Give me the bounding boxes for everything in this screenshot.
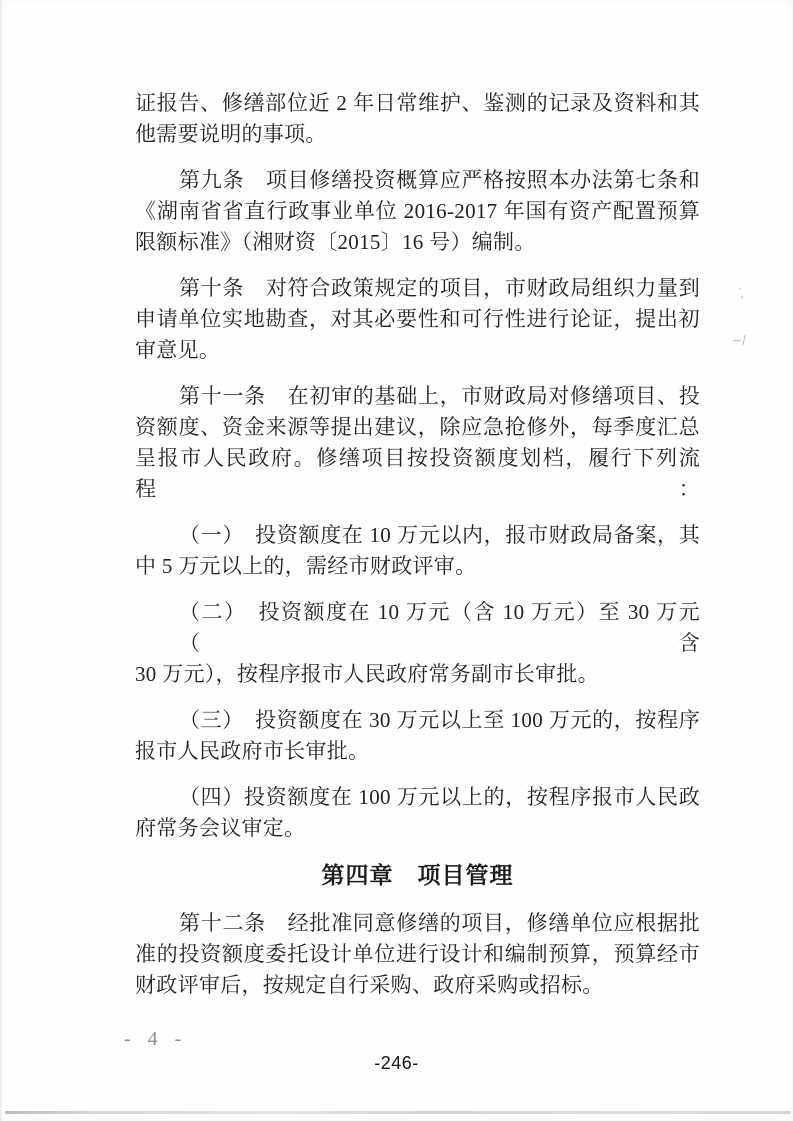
text-line: 呈报市人民政府。修缮项目按投资额度划档，履行下列流程： [135, 443, 700, 505]
article-11: 第十一条 在初审的基础上，市财政局对修缮项目、投资额度、资金来源等提出建议，除应… [135, 381, 700, 505]
item-2: （二） 投资额度在 10 万元（含 10 万元）至 30 万元（含30 万元），… [135, 597, 700, 690]
page-number-outer: -246- [0, 1053, 793, 1074]
text-line: 财政评审后，按规定自行采购、政府采购或招标。 [135, 970, 700, 1001]
document-body: 证报告、修缮部位近 2 年日常维护、鉴测的记录及资料和其他需要说明的事项。第九条… [135, 88, 700, 1016]
text-line: 申请单位实地勘查，对其必要性和可行性进行论证，提出初 [135, 304, 700, 335]
text-line: 中 5 万元以上的，需经市财政评审。 [135, 551, 700, 582]
article-12: 第十二条 经批准同意修缮的项目，修缮单位应根据批准的投资额度委托设计单位进行设计… [135, 908, 700, 1001]
item-1: （一） 投资额度在 10 万元以内，报市财政局备案，其中 5 万元以上的，需经市… [135, 520, 700, 582]
text-line: 府常务会议审定。 [135, 813, 700, 844]
text-line: 资额度、资金来源等提出建议，除应急抢修外，每季度汇总 [135, 412, 700, 443]
text-line: 限额标准》（湘财资〔2015〕16 号）编制。 [135, 227, 700, 258]
scan-artifact: ′, [737, 286, 746, 301]
text-line: 报市人民政府市长审批。 [135, 736, 700, 767]
page-number-inner: - 4 - [124, 1028, 187, 1051]
article-10: 第十条 对符合政策规定的项目，市财政局组织力量到申请单位实地勘查，对其必要性和可… [135, 273, 700, 366]
text-line: （二） 投资额度在 10 万元（含 10 万元）至 30 万元（含 [135, 597, 700, 659]
article-9: 第九条 项目修缮投资概算应严格按照本办法第七条和《湖南省省直行政事业单位 201… [135, 165, 700, 258]
scanned-document-page: 证报告、修缮部位近 2 年日常维护、鉴测的记录及资料和其他需要说明的事项。第九条… [0, 0, 793, 1121]
scan-shadow-line [5, 1111, 791, 1114]
text-line: 第十条 对符合政策规定的项目，市财政局组织力量到 [135, 273, 700, 304]
text-line: 准的投资额度委托设计单位进行设计和编制预算，预算经市 [135, 939, 700, 970]
text-line: 第十二条 经批准同意修缮的项目，修缮单位应根据批 [135, 908, 700, 939]
para-continuation: 证报告、修缮部位近 2 年日常维护、鉴测的记录及资料和其他需要说明的事项。 [135, 88, 700, 150]
chapter-4-heading: 第四章 项目管理 [135, 859, 700, 892]
scan-artifact: ~/ [732, 333, 747, 348]
text-line: 第九条 项目修缮投资概算应严格按照本办法第七条和 [135, 165, 700, 196]
item-4: （四）投资额度在 100 万元以上的，按程序报市人民政府常务会议审定。 [135, 782, 700, 844]
text-line: （一） 投资额度在 10 万元以内，报市财政局备案，其 [135, 520, 700, 551]
text-line: 证报告、修缮部位近 2 年日常维护、鉴测的记录及资料和其 [135, 88, 700, 119]
item-3: （三） 投资额度在 30 万元以上至 100 万元的，按程序报市人民政府市长审批… [135, 705, 700, 767]
text-line: 审意见。 [135, 335, 700, 366]
text-line: （四）投资额度在 100 万元以上的，按程序报市人民政 [135, 782, 700, 813]
text-line: （三） 投资额度在 30 万元以上至 100 万元的，按程序 [135, 705, 700, 736]
text-line: 《湖南省省直行政事业单位 2016-2017 年国有资产配置预算 [135, 196, 700, 227]
text-line: 他需要说明的事项。 [135, 119, 700, 150]
text-line: 30 万元），按程序报市人民政府常务副市长审批。 [135, 659, 700, 690]
text-line: 第十一条 在初审的基础上，市财政局对修缮项目、投 [135, 381, 700, 412]
